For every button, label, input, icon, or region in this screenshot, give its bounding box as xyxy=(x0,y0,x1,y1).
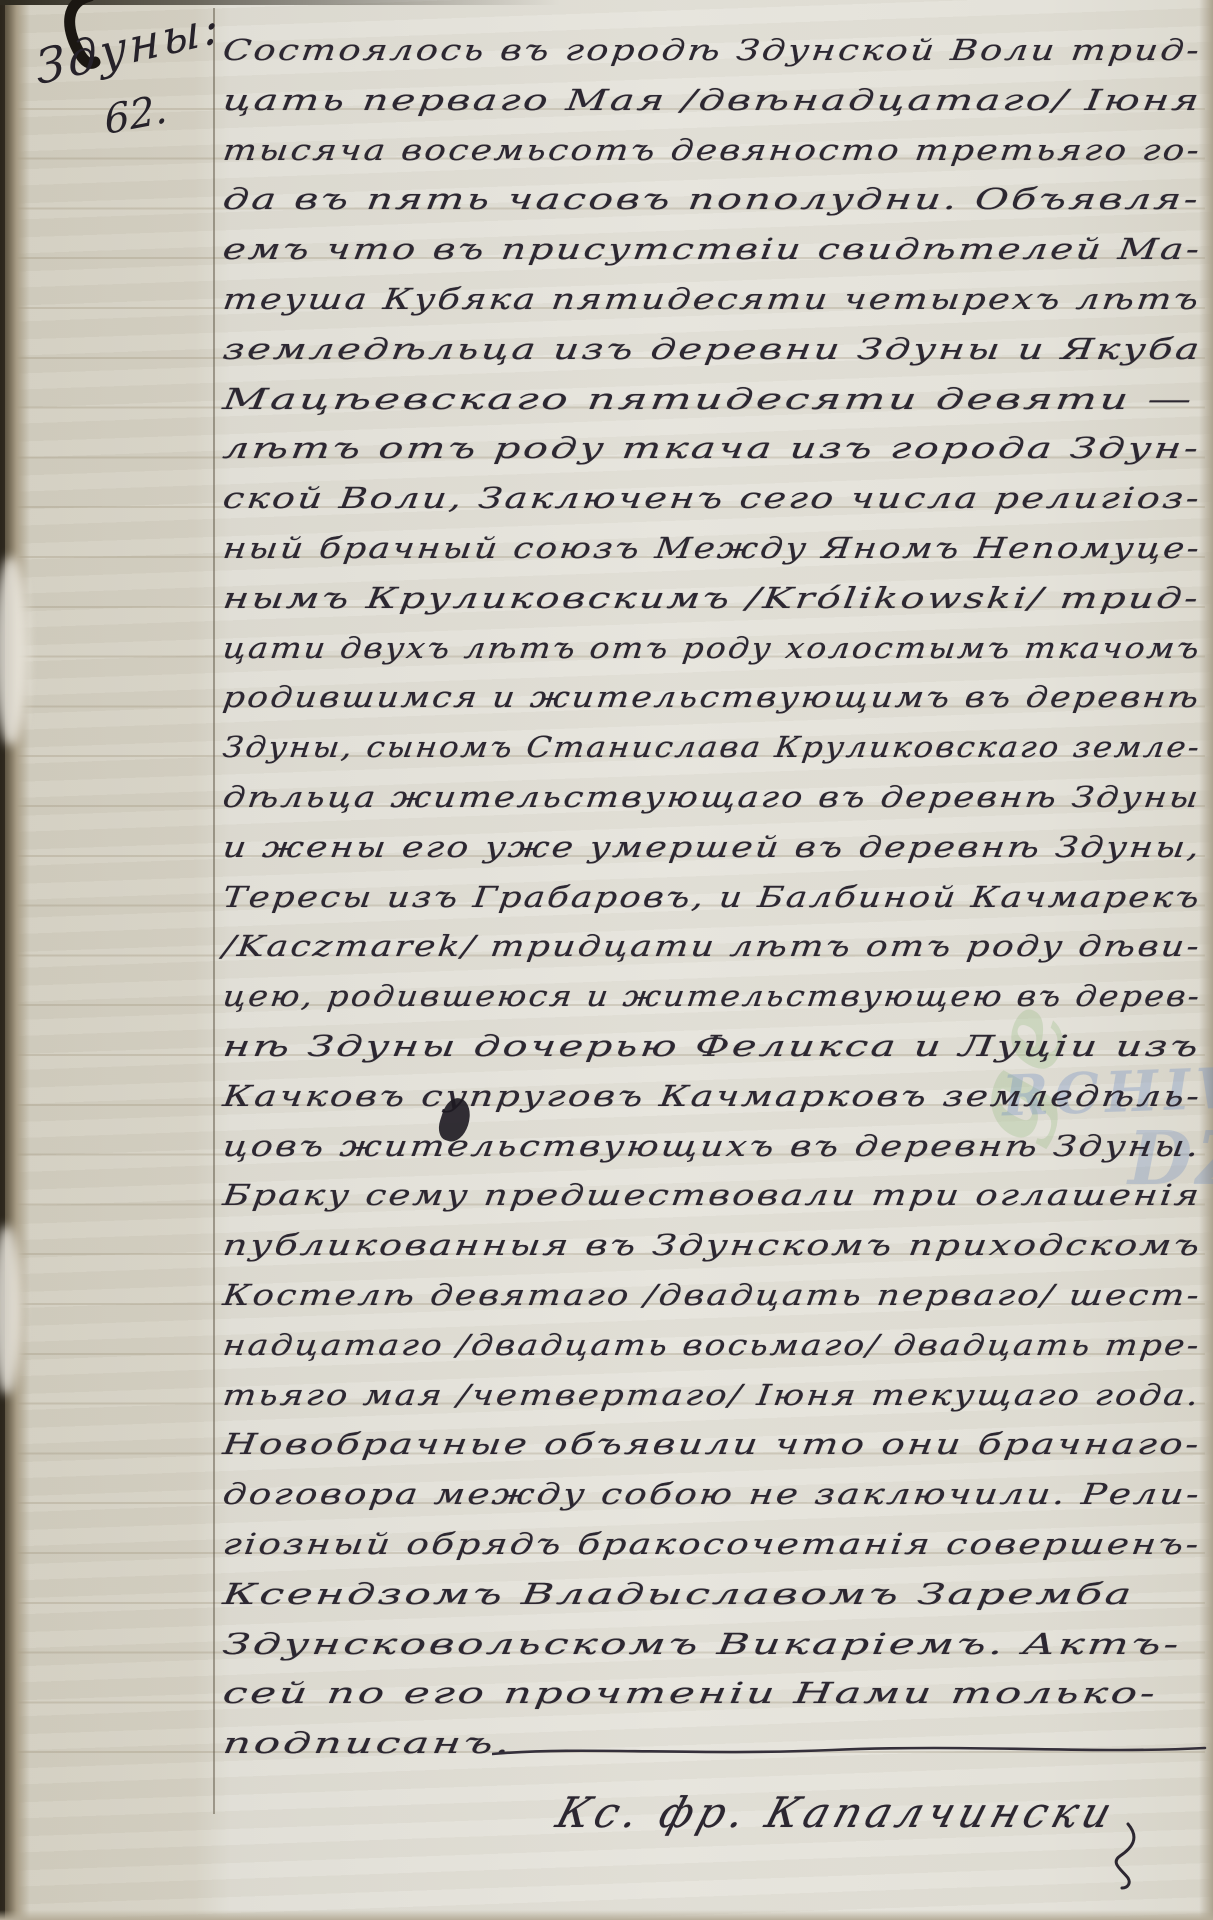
record-line: дѣльца жительствующаго въ деревнѣ Здуны xyxy=(220,773,1203,823)
record-line: гіозный обрядъ бракосочетанія совершенъ- xyxy=(220,1520,1204,1570)
record-line: подписанъ. xyxy=(220,1719,516,1769)
record-line: Браку сему предшествовали три оглашенія xyxy=(220,1171,1204,1221)
record-line: цати двухъ лѣтъ отъ роду холостымъ ткачо… xyxy=(220,624,1204,674)
record-line: да въ пять часовъ пополудни. Объявля- xyxy=(220,175,1204,225)
record-line: нымъ Круликовскимъ /Królikowski/ трид- xyxy=(220,574,1203,624)
record-line: и жены его уже умершей въ деревнѣ Здуны, xyxy=(220,823,1204,873)
priest-signature: Кс. фр. Капалчински xyxy=(551,1788,1122,1837)
margin-divider-line xyxy=(213,8,215,1814)
record-line: цею, родившеюся и жительствующею въ дере… xyxy=(220,972,1204,1022)
binding-shadow xyxy=(0,0,5,1920)
record-line: нѣ Здуны дочерью Феликса и Луціи изъ xyxy=(220,1022,1204,1072)
record-line: теуша Кубяка пятидесяти четырехъ лѣтъ xyxy=(220,275,1204,325)
document-page: Здуны: 62. ge RCHIWU DZ Состоялось въ го… xyxy=(0,0,1213,1920)
record-line: Тересы изъ Грабаровъ, и Балбиной Качмаре… xyxy=(220,873,1204,923)
signature-flourish xyxy=(1098,1822,1144,1892)
record-line: емъ что въ присутствіи свидѣтелей Ма- xyxy=(220,225,1205,275)
record-line: родившимся и жительствующимъ въ деревнѣ xyxy=(220,673,1204,723)
record-line: договора между собою не заключили. Рели- xyxy=(220,1470,1204,1520)
record-line: Новобрачные объявили что они брачнаго- xyxy=(220,1420,1204,1470)
record-line: Качковъ супруговъ Качмарковъ земледѣль- xyxy=(220,1072,1205,1122)
record-line: тьяго мая /четвертаго/ Іюня текущаго год… xyxy=(220,1371,1204,1421)
record-line: сей по его прочтеніи Нами только- xyxy=(220,1669,1161,1719)
record-line: /Kaczmarek/ тридцати лѣтъ отъ роду дѣви- xyxy=(220,922,1204,972)
record-line: публикованныя въ Здунскомъ приходскомъ xyxy=(220,1221,1205,1271)
record-line: ный брачный союзъ Между Яномъ Непомуце- xyxy=(220,524,1204,574)
record-line: Мацѣевскаго пятидесяти девяти — xyxy=(220,375,1197,425)
record-line: Ксендзомъ Владыславомъ Заремба xyxy=(220,1570,1137,1620)
page-bottom-edge xyxy=(0,1910,1213,1920)
record-line: лѣтъ отъ роду ткача изъ города Здун- xyxy=(220,424,1204,474)
record-text: Состоялось въ городѣ Здунской Воли трид-… xyxy=(223,26,1205,1769)
record-line: цать перваго Мая /двѣнадцатаго/ Іюня xyxy=(220,76,1205,126)
record-line: тысяча восемьсотъ девяносто третьяго го- xyxy=(220,126,1204,176)
closing-flourish-line xyxy=(492,1742,1207,1760)
record-line: Состоялось въ городѣ Здунской Воли трид- xyxy=(220,26,1204,76)
record-line: земледѣльца изъ деревни Здуны и Якуба xyxy=(220,325,1205,375)
record-line: Здуны, сыномъ Станислава Круликовскаго з… xyxy=(220,723,1204,773)
record-line: цовъ жительствующихъ въ деревнѣ Здуны. xyxy=(220,1122,1204,1172)
record-line: Здунсковольскомъ Викаріемъ. Актъ- xyxy=(220,1620,1184,1670)
entry-number: 62. xyxy=(103,86,169,144)
record-line: Костелѣ девятаго /двадцать перваго/ шест… xyxy=(220,1271,1204,1321)
record-line: надцатаго /двадцать восьмаго/ двадцать т… xyxy=(220,1321,1204,1371)
record-line: ской Воли, Заключенъ сего числа религіоз… xyxy=(220,474,1204,524)
